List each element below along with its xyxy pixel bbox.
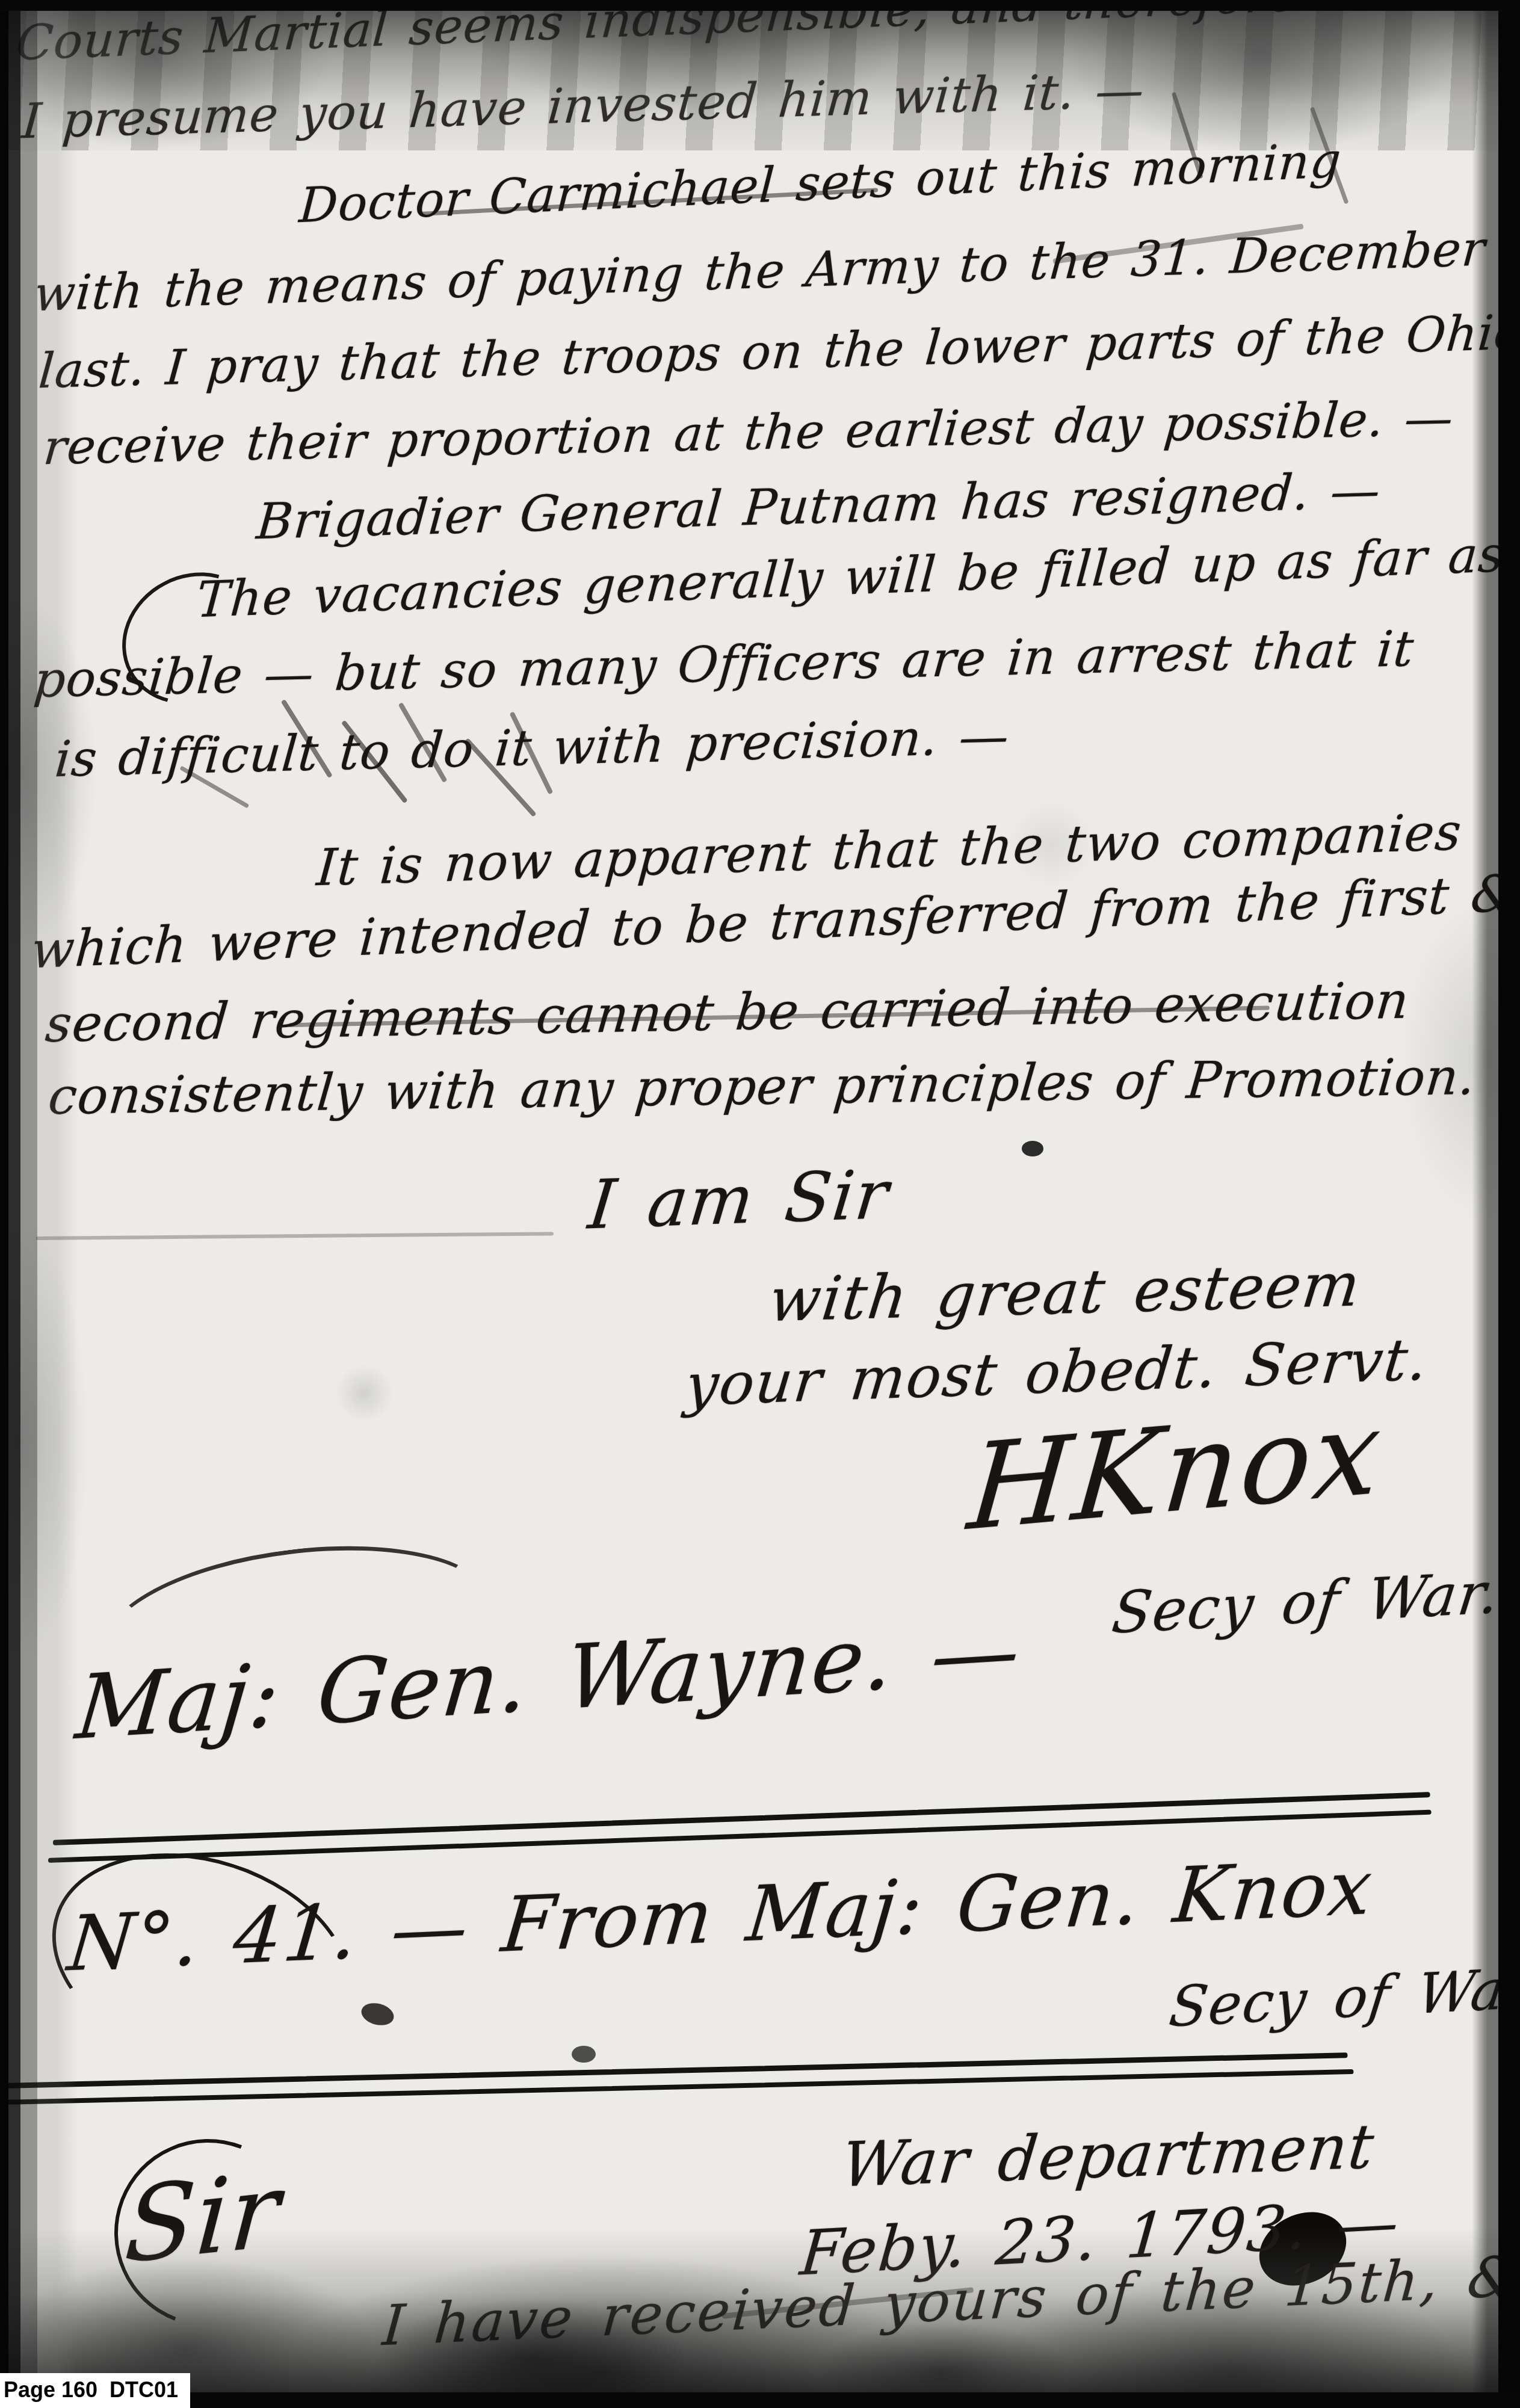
ink-blot (572, 2046, 596, 2063)
closing-line-1: I am Sir (585, 1160, 893, 1241)
dateline-place: War department (839, 2114, 1378, 2197)
closing-line-2: with great esteem (766, 1253, 1364, 1332)
salutation-sir: Sir (122, 2156, 283, 2281)
ink-blot (1022, 1141, 1043, 1156)
scanned-manuscript-page: Courts Martial seems indispensible, and … (0, 0, 1520, 2408)
scan-page-label: Page 160 DTC01 (0, 2373, 190, 2408)
